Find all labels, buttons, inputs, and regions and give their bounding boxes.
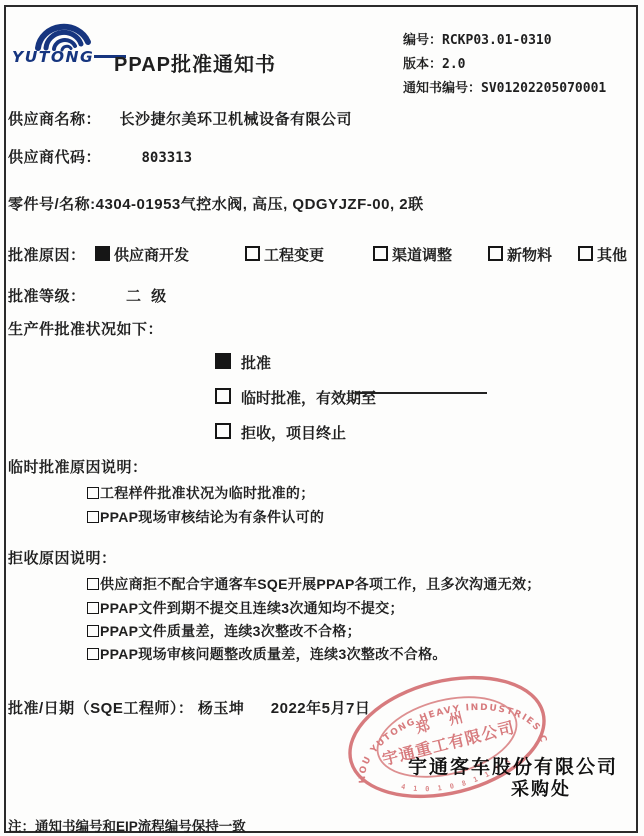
checkbox-empty-icon <box>578 246 593 261</box>
checkbox-empty-icon <box>87 648 99 660</box>
checkbox-empty-icon <box>87 511 99 523</box>
valid-until-blank-line <box>356 392 487 394</box>
rejection-item: PPAP文件到期不提交且连续3次通知均不提交； <box>87 598 404 618</box>
reason-option-engineering-change: 工程变更 <box>245 244 324 265</box>
supplier-name-row: 供应商名称： 长沙捷尔美环卫机械设备有限公司 <box>8 108 352 129</box>
checkbox-empty-icon <box>373 246 388 261</box>
supplier-code-label: 供应商代码： <box>8 149 101 166</box>
notice-number-label: 通知书编号： <box>403 80 481 95</box>
approval-reason-label: 批准原因： <box>8 244 86 265</box>
supplier-name-label: 供应商名称： <box>8 111 101 128</box>
yutong-wordmark: YUTONG <box>12 48 94 66</box>
version-value: 2.0 <box>442 57 465 72</box>
status-option-temporary-approval: 临时批准，有效期至 <box>215 387 376 408</box>
supplier-code-row: 供应商代码： 803313 <box>8 146 192 167</box>
supplier-code-value: 803313 <box>141 150 192 166</box>
rejection-item: 供应商拒不配合宇通客车SQE开展PPAP各项工作，且多次沟通无效； <box>87 574 541 594</box>
temp-approval-item: PPAP现场审核结论为有条件认可的 <box>87 507 324 527</box>
checkbox-empty-icon <box>87 602 99 614</box>
rejection-heading: 拒收原因说明： <box>8 547 117 568</box>
status-section-heading: 生产件批准状况如下： <box>8 318 163 339</box>
doc-number-label: 编号： <box>403 32 442 47</box>
doc-number-row: 编号：RCKP03.01-0310 <box>403 28 606 52</box>
approval-level-row: 批准等级： 二 级 <box>8 285 169 306</box>
checkbox-empty-icon <box>87 578 99 590</box>
rejection-item: PPAP现场审核问题整改质量差，连续3次整改不合格。 <box>87 644 447 664</box>
checkbox-empty-icon <box>87 487 99 499</box>
part-row: 零件号/名称:4304-01953气控水阀, 高压, QDGYJZF-00, 2… <box>8 193 424 214</box>
version-label: 版本： <box>403 56 442 71</box>
reason-option-channel-adjustment: 渠道调整 <box>373 244 452 265</box>
signoff-label: 批准/日期（SQE工程师）： <box>8 700 193 717</box>
header-meta: 编号：RCKP03.01-0310 版本：2.0 通知书编号：SV0120220… <box>403 28 606 100</box>
signoff-row: 批准/日期（SQE工程师）： 杨玉坤 2022年5月7日 <box>8 697 370 718</box>
checkbox-filled-icon <box>95 246 110 261</box>
checkbox-filled-icon <box>215 353 231 369</box>
page-title: PPAP批准通知书 <box>90 48 300 77</box>
supplier-name-value: 长沙捷尔美环卫机械设备有限公司 <box>119 111 352 128</box>
checkbox-empty-icon <box>488 246 503 261</box>
approver-name: 杨玉坤 <box>198 700 245 717</box>
checkbox-empty-icon <box>215 388 231 404</box>
notice-number-row: 通知书编号：SV01202205070001 <box>403 76 606 100</box>
approval-level-label: 批准等级： <box>8 288 86 305</box>
temp-approval-item: 工程样件批准状况为临时批准的； <box>87 483 315 503</box>
temp-approval-heading: 临时批准原因说明： <box>8 456 148 477</box>
footnote: 注：通知书编号和EIP流程编号保持一致 <box>8 815 246 835</box>
version-row: 版本：2.0 <box>403 52 606 76</box>
doc-number-value: RCKP03.01-0310 <box>442 33 552 48</box>
notice-number-value: SV01202205070001 <box>481 81 606 96</box>
status-option-rejected: 拒收，项目终止 <box>215 422 346 443</box>
reason-option-other: 其他 <box>578 244 627 265</box>
part-label: 零件号/名称: <box>8 196 96 213</box>
approval-level-value: 二 级 <box>126 288 169 305</box>
reason-option-supplier-development: 供应商开发 <box>95 244 189 265</box>
reason-option-new-material: 新物料 <box>488 244 552 265</box>
checkbox-empty-icon <box>215 423 231 439</box>
part-value: 4304-01953气控水阀, 高压, QDGYJZF-00, 2联 <box>96 196 424 213</box>
checkbox-empty-icon <box>87 625 99 637</box>
checkbox-empty-icon <box>245 246 260 261</box>
rejection-item: PPAP文件质量差，连续3次整改不合格； <box>87 621 361 641</box>
status-option-approved: 批准 <box>215 352 271 373</box>
red-company-seal: ZHENGZHOU YUTONG HEAVY INDUSTRIES CO.,LT… <box>335 671 559 809</box>
ppap-approval-notice-document: YUTONG PPAP批准通知书 编号：RCKP03.01-0310 版本：2.… <box>0 0 644 836</box>
